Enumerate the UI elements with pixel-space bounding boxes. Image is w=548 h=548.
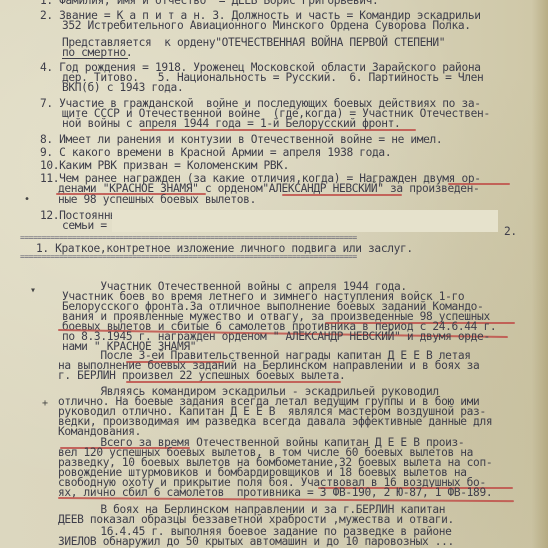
- red-underline-nevsky: [282, 194, 402, 196]
- redacted-address: [112, 210, 498, 232]
- margin-mark: +: [42, 398, 48, 409]
- section-heading: 1. Краткое,контретное изложение личного …: [36, 243, 413, 254]
- para6-line2: ЗИЕЛОВ обнаружил до 50 крытых автомашин …: [58, 536, 454, 547]
- underline-posthumous: [62, 58, 128, 59]
- line-item7c: ной войны с апреля 1944 года = 1-й Белор…: [62, 118, 400, 129]
- line-awards-c: ные 98 успешных боевых вылетов.: [58, 194, 256, 205]
- line-unit: 352 Истребительного Авиационного Минског…: [62, 20, 471, 31]
- separator-rule-top: ========================================…: [20, 235, 540, 241]
- line-army-since: 9. С какого времени в Красной Армии = ап…: [40, 147, 391, 158]
- para4-line6: ях, лично сбил 6 самолетов противника = …: [58, 487, 492, 498]
- line-fio: 1. Фамилия, имя и отчество = ДЕЕВ Борис …: [40, 0, 378, 6]
- red-underline-front: [140, 129, 416, 131]
- para2-line3: г. БЕРЛИН произвел 22 успешных боевых вы…: [58, 370, 345, 381]
- separator-rule-bottom: ========================================…: [20, 254, 540, 260]
- line-rvk: 10.Каким РВК призван = Коломенским РВК.: [40, 160, 289, 171]
- line-wounds: 8. Имеет ли ранения и контузии в Отечест…: [40, 134, 442, 145]
- line-address-b: семьи =: [62, 220, 107, 231]
- line-party: ВКП(б) с 1943 года.: [62, 82, 183, 93]
- red-underline-22: [126, 381, 341, 383]
- margin-mark: •: [24, 194, 30, 205]
- margin-mark: ▾: [30, 285, 36, 296]
- para5-line2: ДЕЕВ показал образцы беззаветной храброс…: [58, 514, 454, 525]
- line-posthumous: по смертно.: [62, 47, 132, 58]
